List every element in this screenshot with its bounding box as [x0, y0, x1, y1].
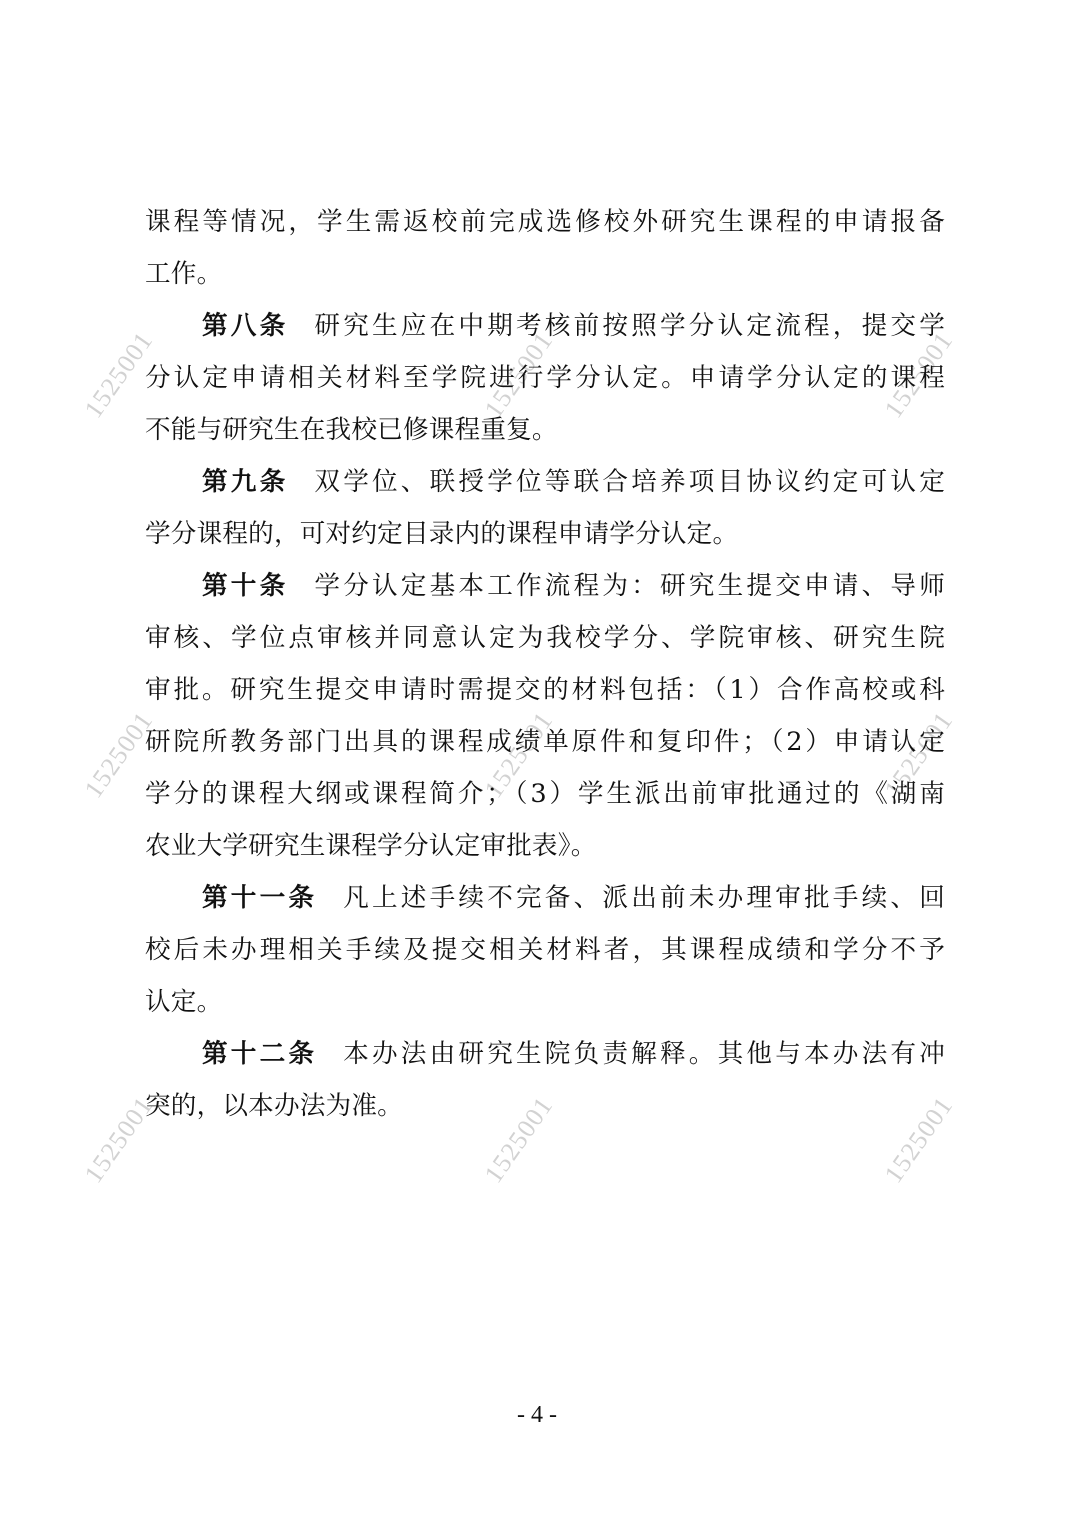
text-line: 第十条学分认定基本工作流程为：研究生提交申请、导师 [145, 560, 945, 612]
article-heading: 第八条 [202, 311, 288, 341]
document-body: 课程等情况，学生需返校前完成选修校外研究生课程的申请报备 工作。 第八条研究生应… [145, 196, 945, 1132]
text-line: 校后未办理相关手续及提交相关材料者，其课程成绩和学分不予 [145, 924, 945, 976]
text-line: 第九条双学位、联授学位等联合培养项目协议约定可认定 [145, 456, 945, 508]
text-run: 研究生应在中期考核前按照学分认定流程，提交学 [314, 311, 945, 341]
paragraph-article-10: 第十条学分认定基本工作流程为：研究生提交申请、导师 审核、学位点审核并同意认定为… [145, 560, 945, 872]
paragraph-article-9: 第九条双学位、联授学位等联合培养项目协议约定可认定 学分课程的，可对约定目录内的… [145, 456, 945, 560]
text-line: 农业大学研究生课程学分认定审批表》。 [145, 820, 945, 872]
text-run: 双学位、联授学位等联合培养项目协议约定可认定 [314, 467, 945, 497]
paragraph-continuation: 课程等情况，学生需返校前完成选修校外研究生课程的申请报备 工作。 [145, 196, 945, 300]
article-heading: 第十条 [202, 571, 288, 601]
text-line: 突的，以本办法为准。 [145, 1080, 945, 1132]
article-heading: 第十二条 [202, 1039, 317, 1069]
text-line: 认定。 [145, 976, 945, 1028]
text-line: 第八条研究生应在中期考核前按照学分认定流程，提交学 [145, 300, 945, 352]
text-run: 凡上述手续不完备、派出前未办理审批手续、回 [343, 883, 945, 913]
text-line: 学分的课程大纲或课程简介；（3）学生派出前审批通过的《湖南 [145, 768, 945, 820]
article-heading: 第十一条 [202, 883, 317, 913]
paragraph-article-8: 第八条研究生应在中期考核前按照学分认定流程，提交学 分认定申请相关材料至学院进行… [145, 300, 945, 456]
text-line: 研院所教务部门出具的课程成绩单原件和复印件；（2）申请认定 [145, 716, 945, 768]
text-run: 学分认定基本工作流程为：研究生提交申请、导师 [314, 571, 945, 601]
text-line: 分认定申请相关材料至学院进行学分认定。申请学分认定的课程 [145, 352, 945, 404]
text-line: 不能与研究生在我校已修课程重复。 [145, 404, 945, 456]
text-line: 第十二条本办法由研究生院负责解释。其他与本办法有冲 [145, 1028, 945, 1080]
page-number: - 4 - [0, 1402, 1074, 1429]
text-line: 审批。研究生提交申请时需提交的材料包括：（1）合作高校或科 [145, 664, 945, 716]
text-line: 工作。 [145, 248, 945, 300]
text-line: 课程等情况，学生需返校前完成选修校外研究生课程的申请报备 [145, 196, 945, 248]
paragraph-article-11: 第十一条凡上述手续不完备、派出前未办理审批手续、回 校后未办理相关手续及提交相关… [145, 872, 945, 1028]
text-line: 学分课程的，可对约定目录内的课程申请学分认定。 [145, 508, 945, 560]
document-page: 1525001 1525001 1525001 1525001 1525001 … [0, 0, 1074, 1520]
paragraph-article-12: 第十二条本办法由研究生院负责解释。其他与本办法有冲 突的，以本办法为准。 [145, 1028, 945, 1132]
text-line: 审核、学位点审核并同意认定为我校学分、学院审核、研究生院 [145, 612, 945, 664]
article-heading: 第九条 [202, 467, 288, 497]
text-line: 第十一条凡上述手续不完备、派出前未办理审批手续、回 [145, 872, 945, 924]
text-run: 本办法由研究生院负责解释。其他与本办法有冲 [343, 1039, 945, 1069]
